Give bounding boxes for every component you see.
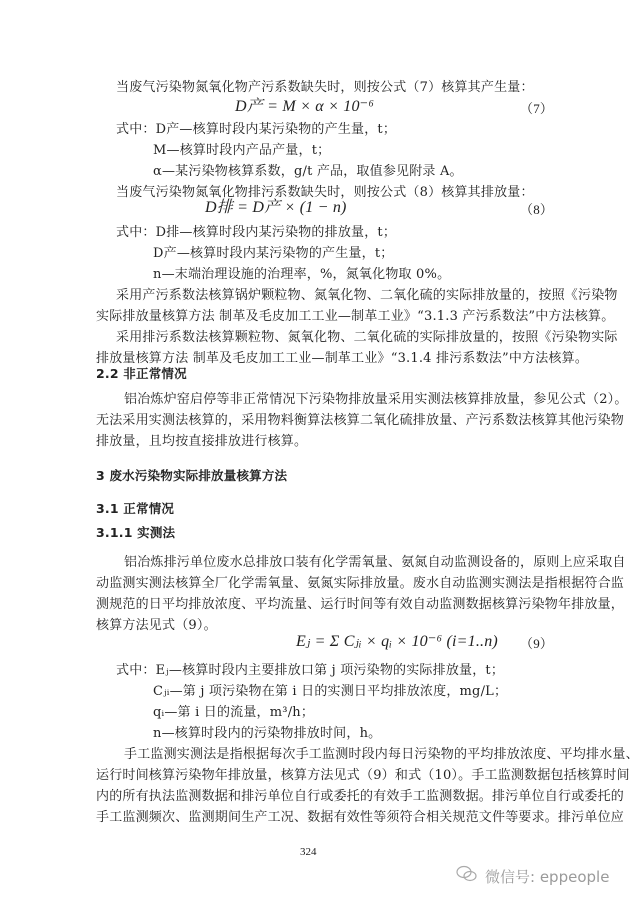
paragraph-line: 排放量，且均按直接排放进行核算。 [96, 434, 307, 450]
paragraph-line: 铝冶炼炉窑启停等非正常情况下污染物排放量采用实测法核算排放量，参见公式（2）。 [124, 392, 628, 408]
watermark: 微信号: eppeople [455, 864, 609, 888]
paragraph-line: 核算方法见式（9）。 [96, 618, 217, 634]
formula-7: D产 = M × α × 10⁻⁶ [235, 99, 374, 115]
paragraph-line: D产—核算时段内某污染物的产生量，t； [153, 246, 393, 262]
paragraph-line: 式中：D产—核算时段内某污染物的产生量，t； [116, 122, 396, 138]
section-heading: 2.2 非正常情况 [96, 366, 187, 382]
wechat-icon [455, 864, 479, 888]
formula-number: （7） [520, 101, 553, 117]
paragraph-line: 式中：D排—核算时段内某污染物的排放量，t； [116, 225, 396, 241]
paragraph-line: qᵢ—第 i 日的流量，m³/h； [153, 705, 314, 721]
paragraph-line: 当废气污染物氮氧化物产污系数缺失时，则按公式（7）核算其产生量： [116, 80, 534, 96]
page-number: 324 [300, 846, 317, 858]
paragraph-line: 无法采用实测法核算的，采用物料衡算法核算二氧化硫排放量、产污系数法核算其他污染物 [96, 413, 624, 429]
section-heading: 3.1 正常情况 [96, 501, 174, 517]
paragraph-line: Cⱼᵢ—第 j 项污染物在第 i 日的实测日平均排放浓度，mg/L； [153, 684, 507, 700]
paragraph-line: 手工监测实测法是指根据每次手工监测时段内每日污染物的平均排放浓度、平均排水量、 [124, 747, 639, 763]
paragraph-line: 测规范的日平均排放浓度、平均流量、运行时间等有效自动监测数据核算污染物年排放量， [96, 597, 624, 613]
paragraph-line: 实际排放量核算方法 制革及毛皮加工工业—制革工业》“3.1.3 产污系数法”中方… [96, 309, 614, 325]
section-heading: 3 废水污染物实际排放量核算方法 [96, 468, 287, 484]
paragraph-line: α—某污染物核算系数，g/t 产品，取值参见附录 A。 [153, 164, 463, 180]
formula-8: D排 = D产 × (1 − n) [205, 200, 347, 216]
section-heading: 3.1.1 实测法 [96, 525, 175, 541]
formula-number: （9） [520, 636, 553, 652]
formula-9: Eⱼ = Σ Cⱼᵢ × qᵢ × 10⁻⁶ (i=1..n) [296, 634, 498, 650]
paragraph-line: 动监测实测法核算全厂化学需氧量、氨氮实际排放量。废水自动监测实测法是指根据符合监 [96, 576, 624, 592]
paragraph-line: 铝冶炼排污单位废水总排放口装有化学需氧量、氨氮自动监测设备的，原则上应采取自 [124, 555, 626, 571]
watermark-text: 微信号: eppeople [485, 866, 609, 887]
paragraph-line: 排放量核算方法 制革及毛皮加工工业—制革工业》“3.1.4 排污系数法”中方法核… [96, 351, 588, 367]
formula-number: （8） [520, 202, 553, 218]
paragraph-line: 式中：Eⱼ—核算时段内主要排放口第 j 项污染物的实际排放量，t； [116, 663, 504, 679]
paragraph-line: 采用产污系数法核算锅炉颗粒物、氮氧化物、二氧化硫的实际排放量的，按照《污染物 [116, 288, 618, 304]
paragraph-line: 内的所有执法监测数据和排污单位自行或委托的有效手工监测数据。排污单位自行或委托的 [96, 789, 624, 805]
paragraph-line: n—末端治理设施的治理率，%，氮氧化物取 0%。 [153, 267, 450, 283]
paragraph-line: 采用排污系数法核算颗粒物、氮氧化物、二氧化硫的实际排放量的，按照《污染物实际 [116, 330, 618, 346]
paragraph-line: M—核算时段内产品产量，t； [153, 143, 330, 159]
paragraph-line: n—核算时段内的污染物排放时间，h。 [153, 726, 381, 742]
paragraph-line: 手工监测频次、监测期间生产工况、数据有效性等须符合相关规范文件等要求。排污单位应 [96, 810, 624, 826]
paragraph-line: 运行时间核算污染物年排放量，核算方法见式（9）和式（10）。手工监测数据包括核算… [96, 768, 630, 784]
